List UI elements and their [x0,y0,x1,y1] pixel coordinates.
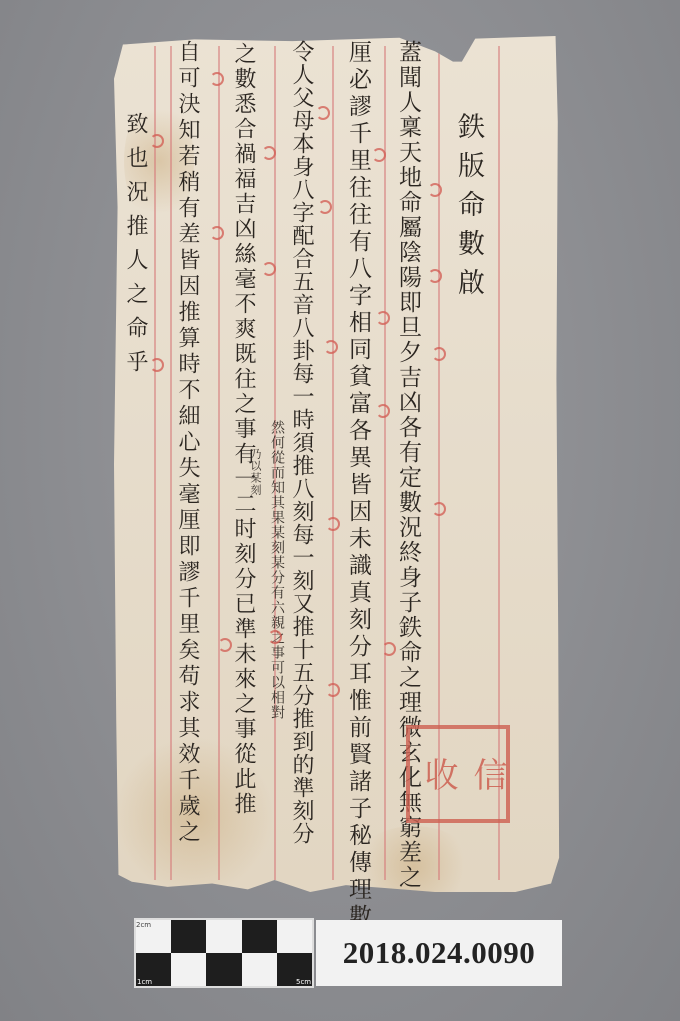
red-punctuation-mark [318,200,332,214]
scale-label-left: 1cm [137,978,152,986]
accession-number-label: 2018.024.0090 [316,920,562,986]
red-punctuation-mark [262,262,276,276]
annotation-small: 乃以某刻 [250,448,261,496]
red-punctuation-mark [326,683,340,697]
text-column-6: 致也況推人之命乎 [124,112,146,384]
red-punctuation-mark [382,642,396,656]
red-punctuation-mark [210,72,224,86]
red-seal-stamp: 收 信 [406,725,510,823]
column-rule [218,46,220,880]
column-rule [170,46,172,880]
seal-char: 收 [414,757,463,791]
seal-char: 信 [463,757,512,791]
red-punctuation-mark [262,146,276,160]
annotation-column: 然何從而知其果某刻某分有六親之事可以相對 [270,420,284,720]
color-scale-bar [134,918,314,988]
scale-label-top: 2cm [136,921,151,929]
column-rule [384,46,386,880]
red-punctuation-mark [428,269,442,283]
column-rule [154,46,156,880]
column-rule [332,46,334,880]
document-title: 鉄版命數啟 [455,112,482,307]
text-column-2: 厘必謬千里往往有八字相同貧富各異皆因未識真刻分耳惟前賢諸子秘傳理數 [346,40,369,931]
red-punctuation-mark [218,638,232,652]
text-column-5: 自可決知若稍有差皆因推算時不細心失毫厘即謬千里矣苟求其效千歲之 [176,40,198,846]
red-punctuation-mark [372,148,386,162]
red-punctuation-mark [376,311,390,325]
red-punctuation-mark [150,134,164,148]
scale-label-right: 5cm [296,978,311,986]
red-punctuation-mark [150,358,164,372]
red-punctuation-mark [326,517,340,531]
red-punctuation-mark [428,183,442,197]
red-punctuation-mark [316,106,330,120]
red-punctuation-mark [432,347,446,361]
red-punctuation-mark [210,226,224,240]
text-column-4: 之數悉合禍福吉凶絲毫不爽既往之事有一二时刻分已準未來之事從此推 [232,42,254,817]
text-column-3: 令人父母本身八字配合五音八卦每一時須推八刻每一刻又推十五分推到的準刻分 [290,40,312,845]
red-punctuation-mark [268,630,282,644]
red-punctuation-mark [376,404,390,418]
red-punctuation-mark [432,502,446,516]
red-punctuation-mark [324,340,338,354]
